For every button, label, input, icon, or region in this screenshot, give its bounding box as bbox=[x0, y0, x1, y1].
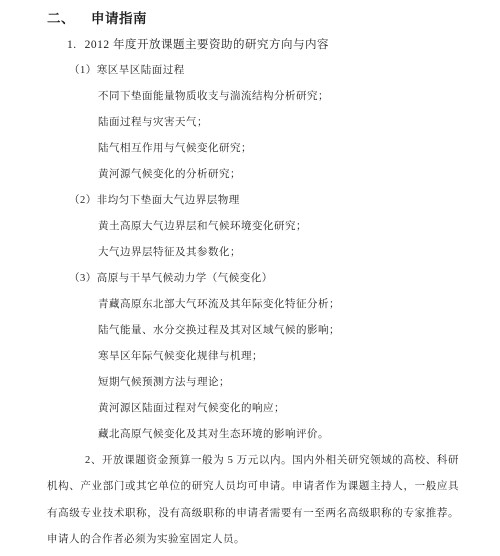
document-page: 二、申请指南 1.2012 年度开放课题主要资助的研究方向与内容 （1）寒区旱区… bbox=[0, 0, 500, 556]
group-2-title: （2）非均匀下垫面大气边界层物理 bbox=[0, 188, 500, 214]
group-2-text: 非均匀下垫面大气边界层物理 bbox=[97, 195, 240, 206]
group-3-number: （3） bbox=[69, 273, 97, 284]
group-1-number: （1） bbox=[69, 65, 97, 76]
list-item: 黄河源气候变化的分析研究； bbox=[0, 162, 500, 188]
section-heading: 二、申请指南 bbox=[0, 6, 500, 32]
section-heading-number: 二、 bbox=[47, 11, 75, 26]
list-item: 藏北高原气候变化及其对生态环境的影响评价。 bbox=[0, 422, 500, 448]
list-item: 不同下垫面能量物质收支与湍流结构分析研究； bbox=[0, 84, 500, 110]
list-item: 黄河源区陆面过程对气候变化的响应； bbox=[0, 396, 500, 422]
subsection-1-text: 2012 年度开放课题主要资助的研究方向与内容 bbox=[85, 39, 329, 51]
subsection-1-number: 1. bbox=[67, 39, 77, 51]
subsection-1-title: 1.2012 年度开放课题主要资助的研究方向与内容 bbox=[0, 32, 500, 58]
section-heading-title: 申请指南 bbox=[91, 11, 147, 26]
group-2-number: （2） bbox=[69, 195, 97, 206]
list-item: 陆气能量、水分交换过程及其对区域气候的影响； bbox=[0, 318, 500, 344]
group-1-title: （1）寒区旱区陆面过程 bbox=[0, 58, 500, 84]
list-item: 寒旱区年际气候变化规律与机理； bbox=[0, 344, 500, 370]
list-item: 黄土高原大气边界层和气候环境变化研究； bbox=[0, 214, 500, 240]
group-1-text: 寒区旱区陆面过程 bbox=[97, 65, 185, 76]
subsection-2-paragraph: 2、开放课题资金预算一般为 5 万元以内。国内外相关研究领域的高校、科研机构、产… bbox=[47, 448, 459, 553]
list-item: 青藏高原东北部大气环流及其年际变化特征分析； bbox=[0, 292, 500, 318]
group-3-title: （3）高原与干旱气候动力学（气候变化） bbox=[0, 266, 500, 292]
list-item: 短期气候预测方法与理论； bbox=[0, 370, 500, 396]
group-3-text: 高原与干旱气候动力学（气候变化） bbox=[97, 273, 273, 284]
list-item: 陆气相互作用与气候变化研究； bbox=[0, 136, 500, 162]
list-item: 陆面过程与灾害天气； bbox=[0, 110, 500, 136]
list-item: 大气边界层特征及其参数化； bbox=[0, 240, 500, 266]
